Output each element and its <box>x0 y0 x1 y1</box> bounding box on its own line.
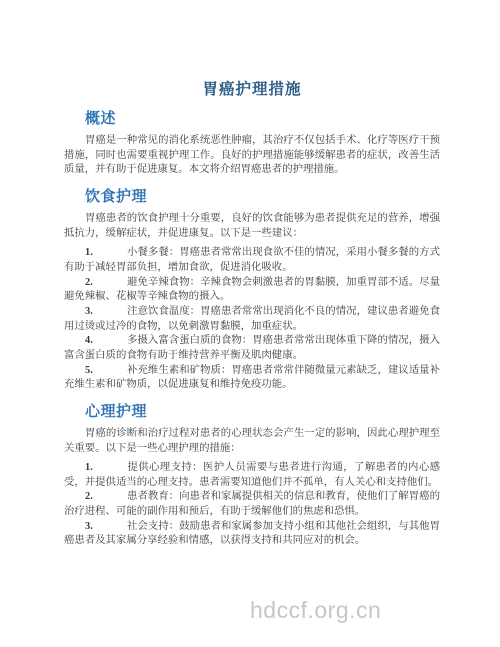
site-watermark: hdccf.org.cn <box>250 597 381 624</box>
section-paragraph: 胃癌是一种常见的消化系统恶性肿瘤，其治疗不仅包括手术、化疗等医疗干预措施，同时也… <box>64 134 440 178</box>
list-item-number: 2. <box>85 276 127 291</box>
list-item: 3.社会支持：鼓励患者和家属参加支持小组和其他社会组织，与其他胃癌患者及其家属分… <box>64 520 440 549</box>
list-item: 1.提供心理支持：医护人员需要与患者进行沟通，了解患者的内心感受，并提供适当的心… <box>64 461 440 490</box>
list-item: 2.患者教育：向患者和家属提供相关的信息和教育，使他们了解胃癌的治疗进程、可能的… <box>64 490 440 519</box>
list-item-number: 3. <box>85 520 127 535</box>
section-overview: 概述 胃癌是一种常见的消化系统恶性肿瘤，其治疗不仅包括手术、化疗等医疗干预措施，… <box>64 109 440 178</box>
section-psychological-care: 心理护理 胃癌的诊断和治疗过程对患者的心理状态会产生一定的影响，因此心理护理至关… <box>64 402 440 549</box>
list-item: 1.小餐多餐：胃癌患者常常出现食欲不佳的情况，采用小餐多餐的方式有助于减轻胃部负… <box>64 246 440 275</box>
document-title: 胃癌护理措施 <box>64 80 440 100</box>
list-item: 5.补充维生素和矿物质：胃癌患者常常伴随微量元素缺乏，建议适量补充维生素和矿物质… <box>64 364 440 393</box>
section-heading: 心理护理 <box>64 402 440 422</box>
section-diet-care: 饮食护理 胃癌患者的饮食护理十分重要，良好的饮食能够为患者提供充足的营养，增强抵… <box>64 187 440 393</box>
section-paragraph: 胃癌患者的饮食护理十分重要，良好的饮食能够为患者提供充足的营养，增强抵抗力，缓解… <box>64 212 440 241</box>
list-item: 2.避免辛辣食物：辛辣食物会刺激患者的胃黏膜，加重胃部不适。尽量避免辣椒、花椒等… <box>64 276 440 305</box>
list-item-number: 5. <box>85 364 127 379</box>
list-item-number: 2. <box>85 490 127 505</box>
list-item: 3.注意饮食温度：胃癌患者常常出现消化不良的情况，建议患者避免食用过烫或过冷的食… <box>64 305 440 334</box>
list-item-number: 1. <box>85 461 127 476</box>
section-heading: 概述 <box>64 109 440 129</box>
list-item: 4.多摄入富含蛋白质的食物：胃癌患者常常出现体重下降的情况，摄入富含蛋白质的食物… <box>64 334 440 363</box>
document-page: 胃癌护理措施 概述 胃癌是一种常见的消化系统恶性肿瘤，其治疗不仅包括手术、化疗等… <box>0 0 500 647</box>
list-item-number: 4. <box>85 334 127 349</box>
list-item-number: 1. <box>85 246 127 261</box>
document-content: 胃癌护理措施 概述 胃癌是一种常见的消化系统恶性肿瘤，其治疗不仅包括手术、化疗等… <box>0 0 500 549</box>
list-item-number: 3. <box>85 305 127 320</box>
section-heading: 饮食护理 <box>64 187 440 207</box>
section-paragraph: 胃癌的诊断和治疗过程对患者的心理状态会产生一定的影响，因此心理护理至关重要。以下… <box>64 427 440 456</box>
